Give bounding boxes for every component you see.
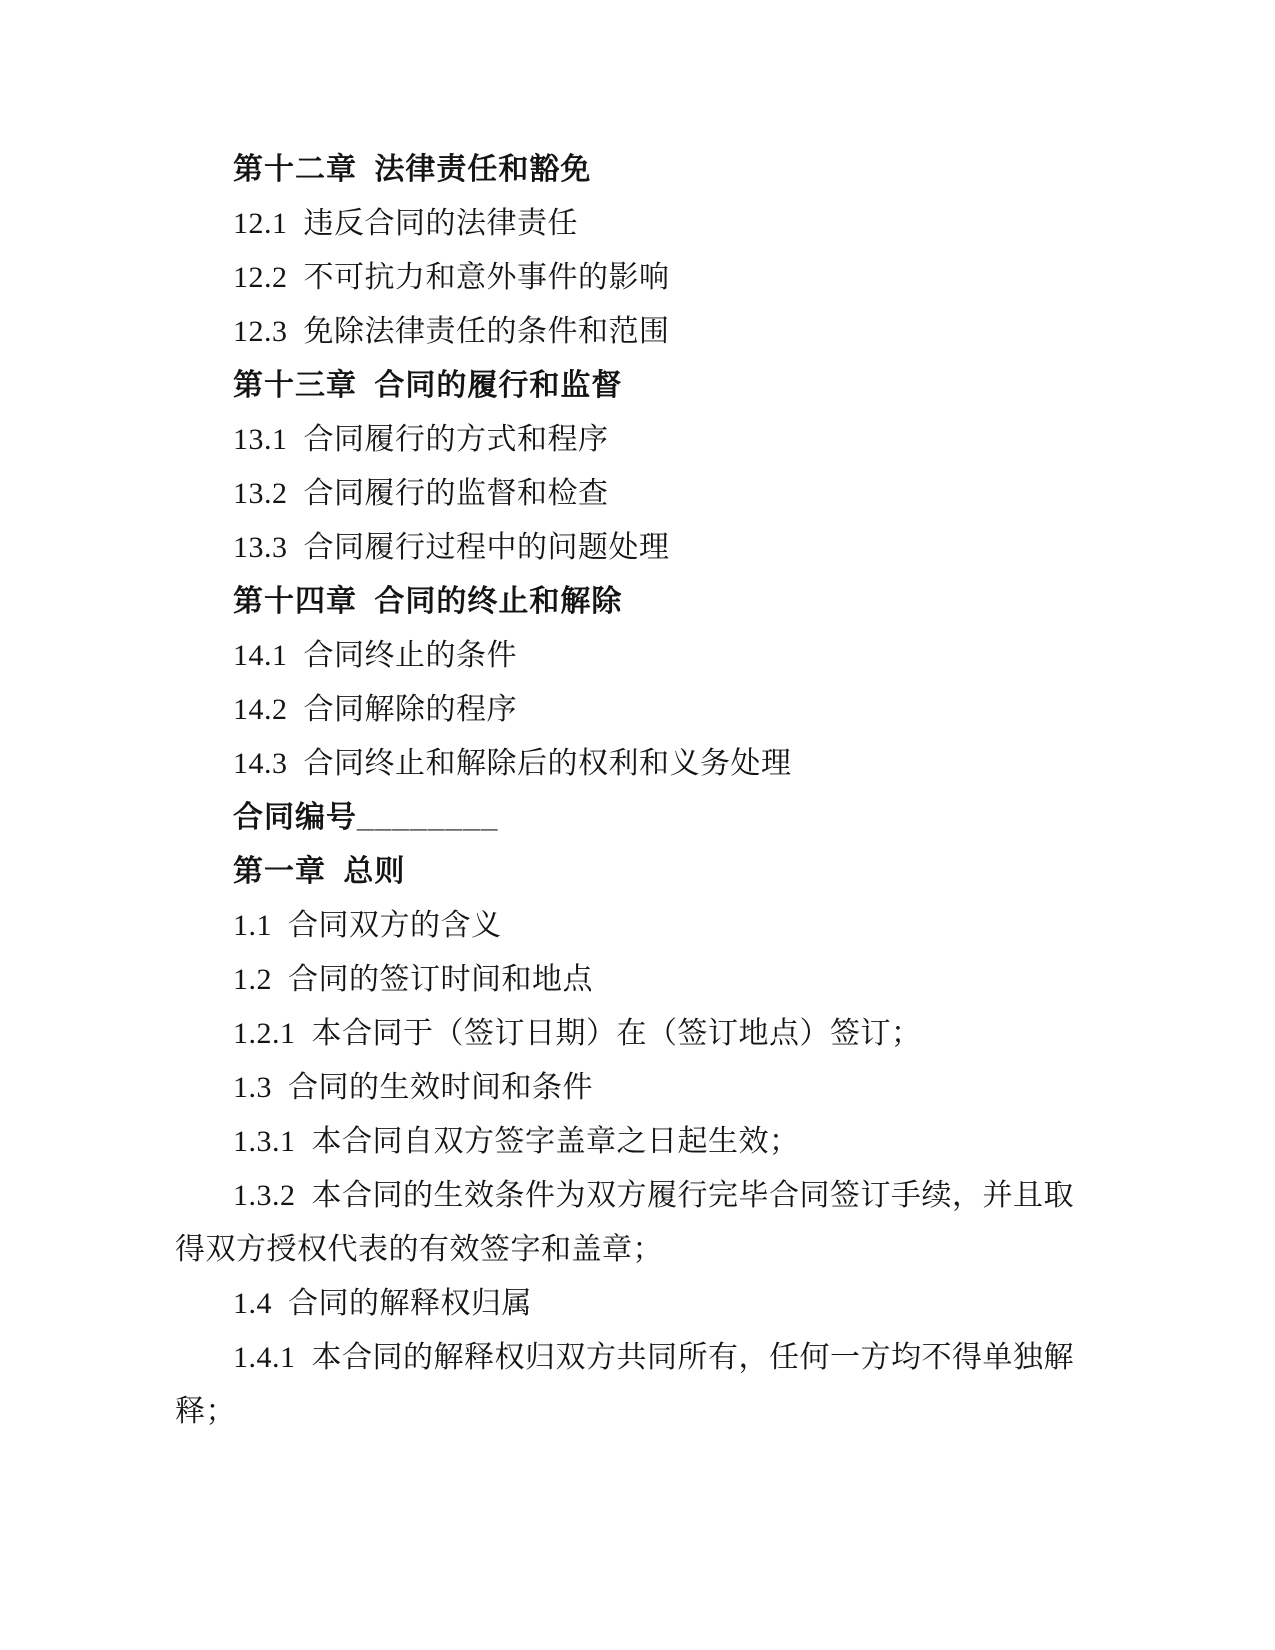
clause-13-2: 13.2 合同履行的监督和检查: [175, 467, 1065, 521]
clause-1-3-2: 1.3.2 本合同的生效条件为双方履行完毕合同签订手续，并且取: [175, 1169, 1065, 1223]
clause-1-4-1: 1.4.1 本合同的解释权归双方共同所有，任何一方均不得单独解: [175, 1331, 1065, 1385]
clause-1-2-1: 1.2.1 本合同于（签订日期）在（签订地点）签订；: [175, 1007, 1065, 1061]
clause-1-4: 1.4 合同的解释权归属: [175, 1277, 1065, 1331]
document-body: 第十二章 法律责任和豁免12.1 违反合同的法律责任12.2 不可抗力和意外事件…: [175, 143, 1065, 1439]
chapter-14-heading: 第十四章 合同的终止和解除: [175, 575, 1065, 629]
clause-13-3: 13.3 合同履行过程中的问题处理: [175, 521, 1065, 575]
chapter-12-heading: 第十二章 法律责任和豁免: [175, 143, 1065, 197]
clause-14-3: 14.3 合同终止和解除后的权利和义务处理: [175, 737, 1065, 791]
clause-1-3-2-wrap: 得双方授权代表的有效签字和盖章；: [175, 1223, 1065, 1277]
chapter-13-heading: 第十三章 合同的履行和监督: [175, 359, 1065, 413]
clause-1-3: 1.3 合同的生效时间和条件: [175, 1061, 1065, 1115]
clause-1-2: 1.2 合同的签订时间和地点: [175, 953, 1065, 1007]
clause-12-2: 12.2 不可抗力和意外事件的影响: [175, 251, 1065, 305]
clause-1-4-1-wrap: 释；: [175, 1385, 1065, 1439]
clause-1-1: 1.1 合同双方的含义: [175, 899, 1065, 953]
clause-14-2: 14.2 合同解除的程序: [175, 683, 1065, 737]
clause-1-3-1: 1.3.1 本合同自双方签字盖章之日起生效；: [175, 1115, 1065, 1169]
clause-13-1: 13.1 合同履行的方式和程序: [175, 413, 1065, 467]
document-page: 第十二章 法律责任和豁免12.1 违反合同的法律责任12.2 不可抗力和意外事件…: [0, 0, 1275, 1650]
clause-14-1: 14.1 合同终止的条件: [175, 629, 1065, 683]
clause-12-1: 12.1 违反合同的法律责任: [175, 197, 1065, 251]
chapter-1-heading: 第一章 总则: [175, 845, 1065, 899]
contract-number-heading: 合同编号________: [175, 791, 1065, 845]
clause-12-3: 12.3 免除法律责任的条件和范围: [175, 305, 1065, 359]
